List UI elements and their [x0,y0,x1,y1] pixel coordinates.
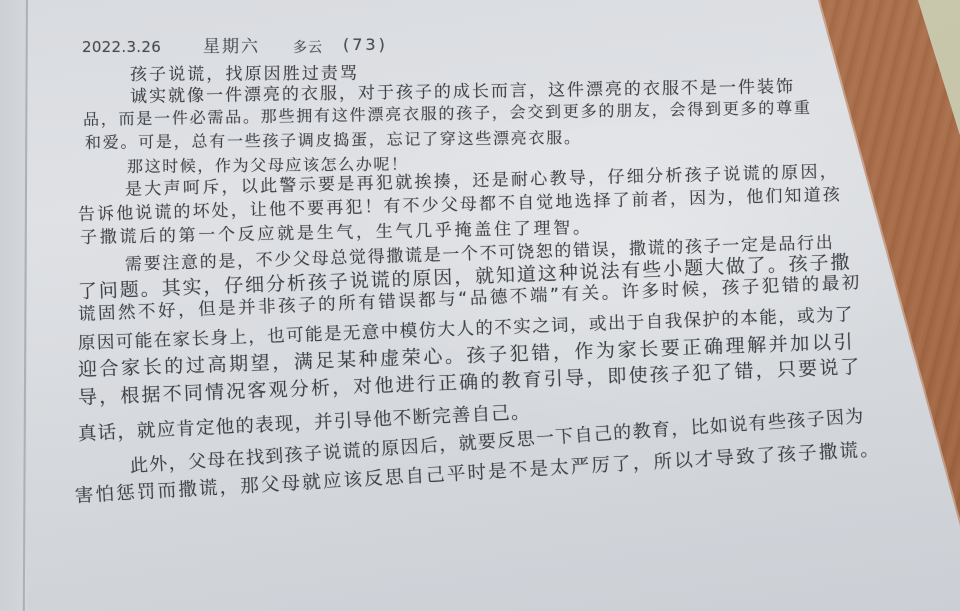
entry-weekday: 星期六 [203,34,260,60]
entry-date: 2022.3.26 [82,34,161,60]
photo-handwritten-diary-page: 2022.3.26 星期六 多云 (73) 孩子说谎，找原因胜过责骂 诚实就像一… [0,0,960,611]
entry-weather: 多云 [293,35,323,61]
entry-number: (73) [343,32,388,58]
